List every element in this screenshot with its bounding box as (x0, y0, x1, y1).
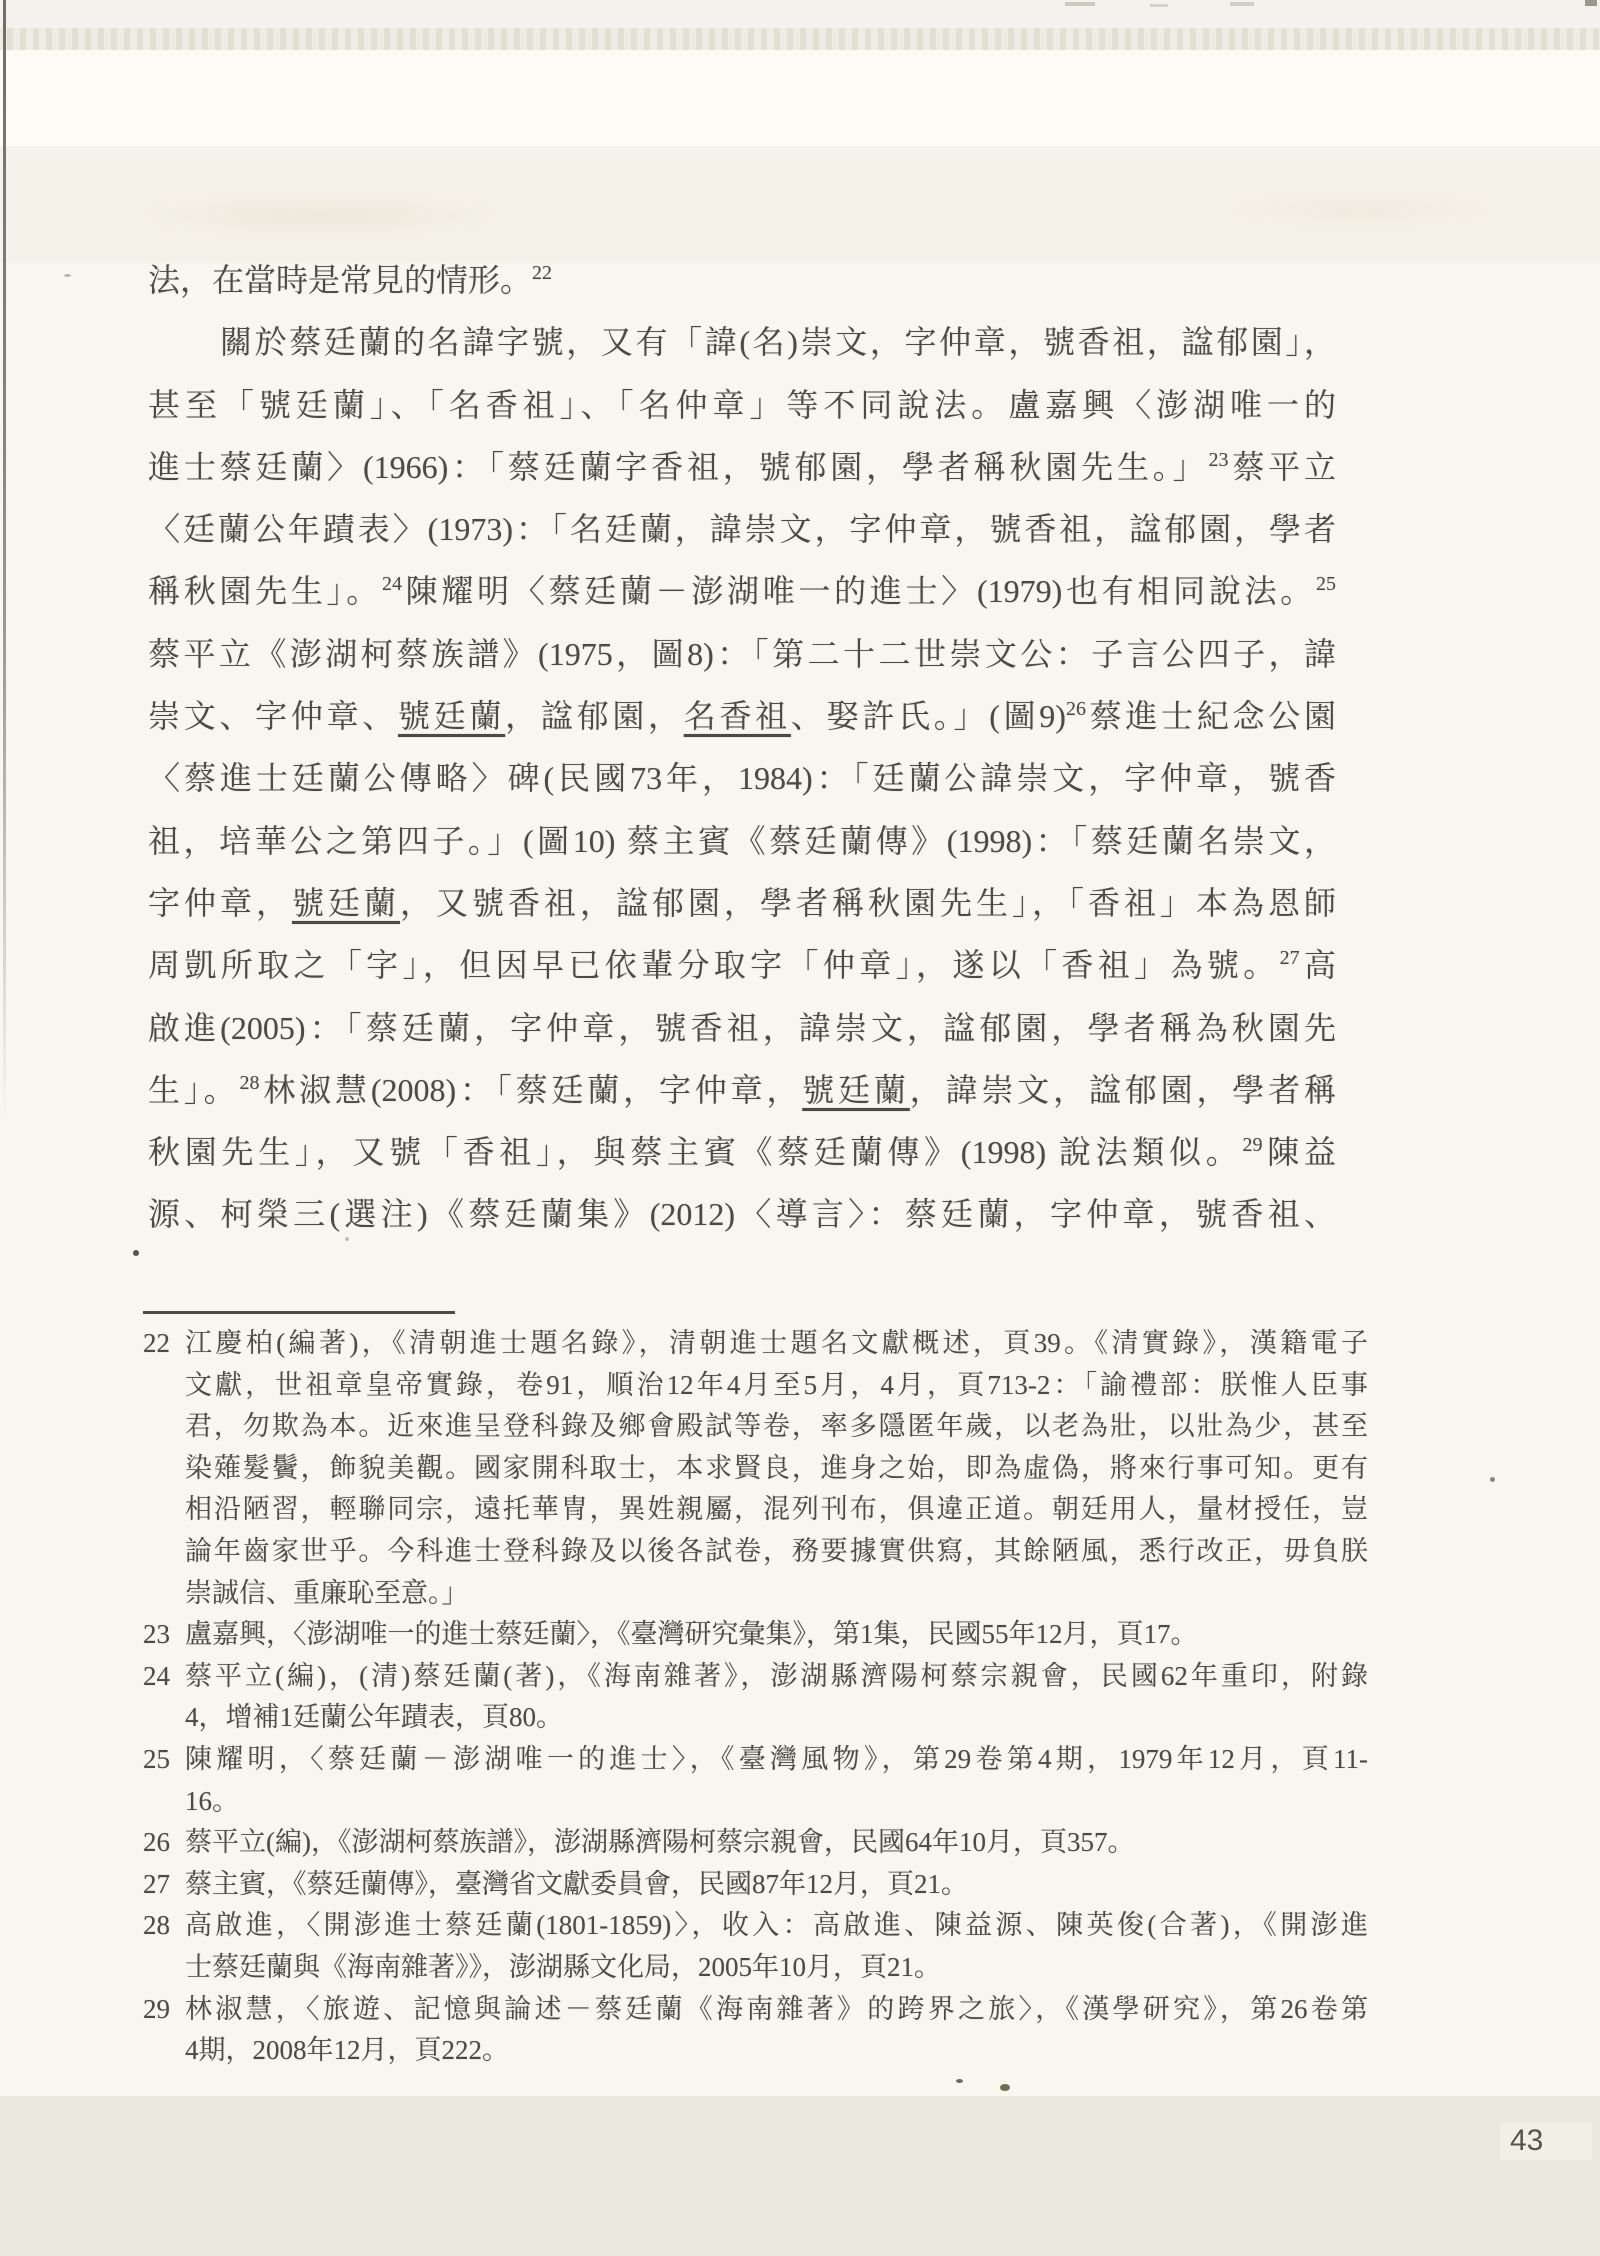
footnote-line: 士蔡廷蘭與《海南雜著》》，澎湖縣文化局，2005年10月，頁21。 (185, 1947, 1368, 1989)
text-run: 、娶許氏。」(圖9) (791, 698, 1066, 734)
footnote-ref: 24 (382, 573, 402, 595)
footnote-item: 22江慶柏(編著)，《清朝進士題名錄》，清朝進士題名文獻概述，頁39。《清實錄》… (143, 1323, 1368, 1614)
footnote-line: 蔡平立(編)，《澎湖柯蔡族譜》，澎湖縣濟陽柯蔡宗親會，民國64年10月，頁357… (185, 1822, 1368, 1864)
footnote-line: 林淑慧，〈旅遊、記憶與論述－蔡廷蘭《海南雜著》的跨界之旅〉，《漢學研究》，第26… (185, 1989, 1368, 2031)
footnote-number: 27 (143, 1864, 170, 1906)
scan-top-speck (1150, 4, 1168, 7)
text-run: 祖，培華公之第四子。」(圖10) 蔡主賓《蔡廷蘭傳》(1998)：「蔡廷蘭名崇文… (148, 823, 1336, 859)
footnote-ref: 22 (532, 262, 552, 284)
body-line: 生」。28林淑慧(2008)：「蔡廷蘭，字仲章，號廷蘭，諱崇文，諡郁園，學者稱 (148, 1059, 1336, 1121)
text-run: 陳耀明〈蔡廷蘭－澎湖唯一的進士〉(1979)也有相同說法。 (402, 573, 1316, 609)
body-line: 秋園先生」，又號「香祖」，與蔡主賓《蔡廷蘭傳》(1998) 說法類似。29陳益 (148, 1121, 1336, 1183)
body-line: 〈蔡進士廷蘭公傳略〉碑(民國73年，1984)：「廷蘭公諱崇文，字仲章，號香 (148, 747, 1336, 809)
body-line: 源、柯榮三(選注)《蔡廷蘭集》(2012)〈導言〉：蔡廷蘭，字仲章，號香祖、 (148, 1183, 1336, 1245)
footnote-line: 論年齒家世乎。今科進士登科錄及以後各試卷，務要據實供寫，其餘陋風，悉行改正，毋負… (185, 1531, 1368, 1573)
scan-speck (956, 2079, 963, 2083)
underlined-text: 號廷蘭 (802, 1072, 910, 1108)
text-run: 林淑慧(2008)：「蔡廷蘭，字仲章， (260, 1072, 803, 1108)
footnote-line: 蔡平立(編)，(清)蔡廷蘭(著)，《海南雜著》，澎湖縣濟陽柯蔡宗親會，民國62年… (185, 1656, 1368, 1698)
footnote-ref: 26 (1066, 698, 1086, 720)
text-run: 蔡平立 (1228, 449, 1336, 485)
document-page: 法，在當時是常見的情形。22關於蔡廷蘭的名諱字號，又有「諱(名)崇文，字仲章，號… (0, 0, 1600, 2256)
underlined-text: 號廷蘭 (398, 698, 505, 734)
text-run: 進士蔡廷蘭〉(1966)：「蔡廷蘭字香祖，號郁園，學者稱秋園先生。」 (148, 449, 1208, 485)
text-run: 甚至「號廷蘭」、「名香祖」、「名仲章」等不同說法。盧嘉興〈澎湖唯一的 (148, 387, 1336, 423)
underlined-text: 名香祖 (684, 698, 791, 734)
text-run: ，諱崇文，諡郁園，學者稱 (910, 1072, 1336, 1108)
text-run: 源、柯榮三(選注)《蔡廷蘭集》(2012)〈導言〉：蔡廷蘭，字仲章，號香祖、 (148, 1196, 1336, 1232)
footnote-ref: 27 (1280, 947, 1300, 969)
text-run: ，諡郁園， (505, 698, 684, 734)
footnote-line: 君，勿欺為本。近來進呈登科錄及鄉會殿試等卷，率多隱匿年歲，以老為壯，以壯為少，甚… (185, 1406, 1368, 1448)
footnote-item: 27蔡主賓，《蔡廷蘭傳》，臺灣省文獻委員會，民國87年12月，頁21。 (143, 1864, 1368, 1906)
scan-band-cream (0, 146, 1600, 262)
text-run: 生」。 (148, 1072, 240, 1108)
text-run: 啟進(2005)：「蔡廷蘭，字仲章，號香祖，諱崇文，諡郁園，學者稱為秋園先 (148, 1010, 1336, 1046)
text-run: 法，在當時是常見的情形。 (148, 262, 532, 298)
scan-speck (133, 1250, 139, 1256)
body-line: 進士蔡廷蘭〉(1966)：「蔡廷蘭字香祖，號郁園，學者稱秋園先生。」23蔡平立 (148, 436, 1336, 498)
text-run: 蔡平立《澎湖柯蔡族譜》(1975，圖8)：「第二十二世崇文公：子言公四子，諱 (148, 636, 1336, 672)
scan-page-edge-line (3, 0, 6, 1400)
underlined-text: 號廷蘭 (292, 885, 400, 921)
body-line: 啟進(2005)：「蔡廷蘭，字仲章，號香祖，諱崇文，諡郁園，學者稱為秋園先 (148, 997, 1336, 1059)
body-line: 祖，培華公之第四子。」(圖10) 蔡主賓《蔡廷蘭傳》(1998)：「蔡廷蘭名崇文… (148, 810, 1336, 872)
footnote-ref: 28 (240, 1072, 260, 1094)
text-run: 〈廷蘭公年蹟表〉(1973)：「名廷蘭，諱崇文，字仲章，號香祖，諡郁園，學者 (148, 511, 1336, 547)
scan-corner-mark (1585, 0, 1597, 6)
footnote-separator (143, 1311, 455, 1314)
body-text: 法，在當時是常見的情形。22關於蔡廷蘭的名諱字號，又有「諱(名)崇文，字仲章，號… (148, 249, 1336, 1246)
text-run: 關於蔡廷蘭的名諱字號，又有「諱(名)崇文，字仲章，號香祖，諡郁園」， (220, 324, 1336, 360)
footnote-line: 高啟進，〈開澎進士蔡廷蘭(1801-1859)〉，收入：高啟進、陳益源、陳英俊(… (185, 1905, 1368, 1947)
text-run: 字仲章， (148, 885, 292, 921)
footnote-ref: 25 (1316, 573, 1336, 595)
footnote-number: 22 (143, 1323, 170, 1365)
text-run: 周凱所取之「字」，但因早已依輩分取字「仲章」，遂以「香祖」為號。 (148, 947, 1280, 983)
body-line: 蔡平立《澎湖柯蔡族譜》(1975，圖8)：「第二十二世崇文公：子言公四子，諱 (148, 623, 1336, 685)
scan-top-speck (1230, 2, 1254, 6)
footnote-number: 26 (143, 1822, 170, 1864)
text-run: 蔡進士紀念公園 (1086, 698, 1336, 734)
footnote-item: 28高啟進，〈開澎進士蔡廷蘭(1801-1859)〉，收入：高啟進、陳益源、陳英… (143, 1905, 1368, 1988)
footnote-number: 25 (143, 1739, 170, 1781)
page-number-badge: 43 (1500, 2122, 1592, 2160)
footnote-line: 相沿陋習，輕聯同宗，遠托華冑，異姓親屬，混列刊布，俱違正道。朝廷用人，量材授任，… (185, 1489, 1368, 1531)
scan-speck (1000, 2084, 1010, 2091)
scan-band-bottom (0, 2096, 1600, 2256)
scan-speck (1490, 1477, 1495, 1482)
scan-speck (64, 274, 71, 277)
body-line: 〈廷蘭公年蹟表〉(1973)：「名廷蘭，諱崇文，字仲章，號香祖，諡郁園，學者 (148, 498, 1336, 560)
text-run: 秋園先生」，又號「香祖」，與蔡主賓《蔡廷蘭傳》(1998) 說法類似。 (148, 1134, 1243, 1170)
scan-speck (345, 1237, 349, 1241)
text-run: 高 (1300, 947, 1336, 983)
footnote-item: 29林淑慧，〈旅遊、記憶與論述－蔡廷蘭《海南雜著》的跨界之旅〉，《漢學研究》，第… (143, 1989, 1368, 2072)
footnote-number: 24 (143, 1656, 170, 1698)
footnote-line: 文獻，世祖章皇帝實錄，卷91，順治12年4月至5月，4月，頁713-2：「諭禮部… (185, 1365, 1368, 1407)
text-run: ，又號香祖，諡郁園，學者稱秋園先生」，「香祖」本為恩師 (400, 885, 1336, 921)
text-run: 崇文、字仲章、 (148, 698, 398, 734)
footnote-line: 江慶柏(編著)，《清朝進士題名錄》，清朝進士題名文獻概述，頁39。《清實錄》，漢… (185, 1323, 1368, 1365)
body-line: 稱秋園先生」。24陳耀明〈蔡廷蘭－澎湖唯一的進士〉(1979)也有相同說法。25 (148, 560, 1336, 622)
footnote-ref: 23 (1208, 449, 1228, 471)
body-line: 周凱所取之「字」，但因早已依輩分取字「仲章」，遂以「香祖」為號。27高 (148, 934, 1336, 996)
footnote-number: 23 (143, 1614, 170, 1656)
scan-top-speck (1065, 2, 1095, 6)
footnote-number: 29 (143, 1989, 170, 2031)
text-run: 陳益 (1263, 1134, 1336, 1170)
body-line: 關於蔡廷蘭的名諱字號，又有「諱(名)崇文，字仲章，號香祖，諡郁園」， (148, 311, 1336, 373)
footnote-item: 24蔡平立(編)，(清)蔡廷蘭(著)，《海南雜著》，澎湖縣濟陽柯蔡宗親會，民國6… (143, 1656, 1368, 1739)
footnote-item: 26蔡平立(編)，《澎湖柯蔡族譜》，澎湖縣濟陽柯蔡宗親會，民國64年10月，頁3… (143, 1822, 1368, 1864)
text-run: 稱秋園先生」。 (148, 573, 382, 609)
footnote-line: 4期，2008年12月，頁222。 (185, 2030, 1368, 2072)
footnote-line: 盧嘉興，〈澎湖唯一的進士蔡廷蘭〉，《臺灣研究彙集》，第1集，民國55年12月，頁… (185, 1614, 1368, 1656)
footnote-line: 崇誠信、重廉恥至意。」 (185, 1573, 1368, 1615)
footnote-line: 16。 (185, 1781, 1368, 1823)
body-line: 法，在當時是常見的情形。22 (148, 249, 1336, 311)
footnote-line: 蔡主賓，《蔡廷蘭傳》，臺灣省文獻委員會，民國87年12月，頁21。 (185, 1864, 1368, 1906)
footnote-line: 陳耀明，〈蔡廷蘭－澎湖唯一的進士〉，《臺灣風物》，第29卷第4期，1979年12… (185, 1739, 1368, 1781)
body-line: 崇文、字仲章、號廷蘭，諡郁園，名香祖、娶許氏。」(圖9)26蔡進士紀念公園 (148, 685, 1336, 747)
footnote-number: 28 (143, 1905, 170, 1947)
text-run: 〈蔡進士廷蘭公傳略〉碑(民國73年，1984)：「廷蘭公諱崇文，字仲章，號香 (148, 760, 1336, 796)
scan-band-top-beige (0, 28, 1600, 50)
footnote-ref: 29 (1243, 1134, 1263, 1156)
body-line: 甚至「號廷蘭」、「名香祖」、「名仲章」等不同說法。盧嘉興〈澎湖唯一的 (148, 374, 1336, 436)
footnote-item: 23盧嘉興，〈澎湖唯一的進士蔡廷蘭〉，《臺灣研究彙集》，第1集，民國55年12月… (143, 1614, 1368, 1656)
body-line: 字仲章，號廷蘭，又號香祖，諡郁園，學者稱秋園先生」，「香祖」本為恩師 (148, 872, 1336, 934)
footnote-line: 染薙髮鬢，飾貌美觀。國家開科取士，本求賢良，進身之始，即為虛偽，將來行事可知。更… (185, 1448, 1368, 1490)
footnotes: 22江慶柏(編著)，《清朝進士題名錄》，清朝進士題名文獻概述，頁39。《清實錄》… (143, 1323, 1368, 2072)
footnote-item: 25陳耀明，〈蔡廷蘭－澎湖唯一的進士〉，《臺灣風物》，第29卷第4期，1979年… (143, 1739, 1368, 1822)
page-number: 43 (1500, 2122, 1543, 2160)
scan-band-top-white (0, 0, 1600, 28)
scan-band-upper-white (0, 50, 1600, 146)
footnote-line: 4，增補1廷蘭公年蹟表，頁80。 (185, 1697, 1368, 1739)
